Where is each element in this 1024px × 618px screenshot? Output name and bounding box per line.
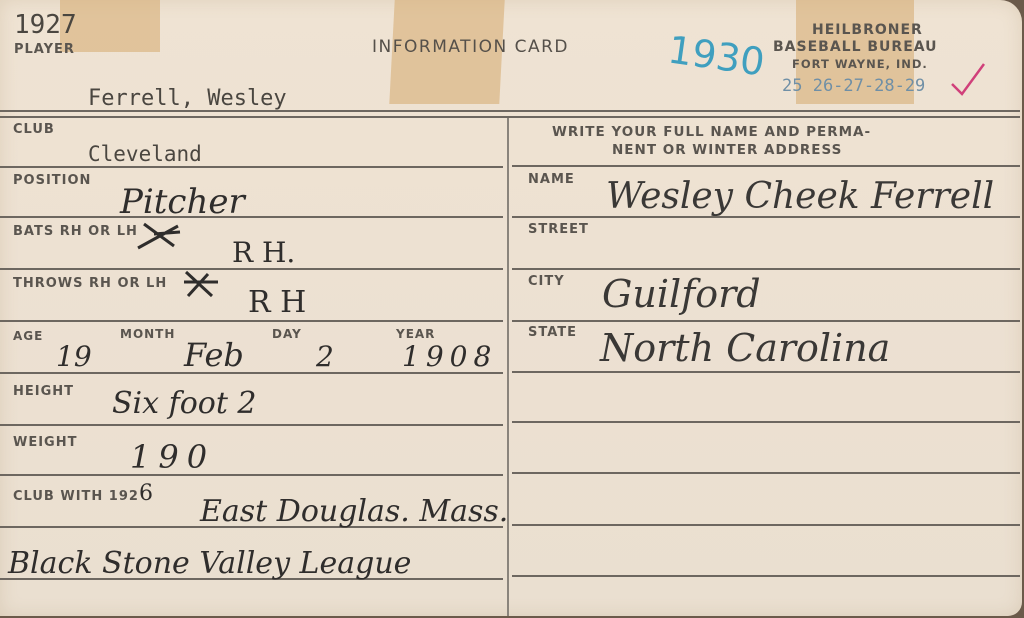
height-value: Six foot 2 [112,386,257,421]
bureau-line2: BASEBALL BUREAU [773,39,938,55]
state-value: North Carolina [600,326,890,370]
position-label: POSITION [13,173,91,188]
header-rule-top [0,110,1020,112]
throws-label: THROWS RH OR LH [13,276,167,291]
player-name: Ferrell, Wesley [88,86,287,111]
club-with-label: CLUB WITH 1926 [13,481,154,506]
card-year-typed: 1927 [14,10,77,40]
month-label: MONTH [120,327,175,341]
age-value: 19 [56,340,92,373]
age-label: AGE [13,329,43,343]
city-value: Guilford [602,272,761,316]
club-value: Cleveland [88,142,202,166]
address-instruction-line2: NENT OR WINTER ADDRESS [612,142,842,158]
state-label: STATE [528,325,577,340]
rule [512,524,1020,526]
club-with-value: East Douglas. Mass. [200,494,508,529]
name-value: Wesley Cheek Ferrell [606,176,994,217]
weight-label: WEIGHT [13,435,77,450]
rule [0,424,503,426]
day-label: DAY [272,327,302,341]
rule [512,575,1020,577]
strike-x-icon [134,218,184,252]
year-value: 1908 [402,340,497,373]
rule [512,371,1020,373]
header-rule-bottom [0,116,1020,118]
information-card: 1927 PLAYER INFORMATION CARD 1930 HEILBR… [0,0,1022,616]
height-label: HEIGHT [13,384,74,399]
rule [0,320,503,322]
check-mark-icon [948,60,988,100]
rule [0,216,503,218]
rule [512,165,1020,167]
weight-value: 190 [130,438,215,476]
name-label: NAME [528,172,575,187]
stamp-year: 1930 [665,27,767,84]
day-value: 2 [316,340,334,373]
rule [512,320,1020,322]
bats-value: R H. [232,236,295,269]
club-with-year-digit: 6 [139,481,154,506]
month-value: Feb [184,336,244,374]
bureau-location: FORT WAYNE, IND. [792,57,928,71]
card-title: INFORMATION CARD [372,37,569,57]
rule [512,268,1020,270]
column-divider [507,118,509,616]
city-label: CITY [528,274,565,289]
throws-value: R H [248,285,306,320]
position-value: Pitcher [120,182,245,222]
club-label: CLUB [13,122,55,137]
rule [512,421,1020,423]
player-label: PLAYER [14,42,75,57]
street-label: STREET [528,222,589,237]
bureau-years: 25 26-27-28-29 [782,76,925,96]
bats-label: BATS RH OR LH [13,224,138,239]
address-instruction-line1: WRITE YOUR FULL NAME AND PERMA- [552,124,871,140]
strike-x-icon [178,268,222,300]
bureau-name: HEILBRONER [812,22,923,38]
rule [512,472,1020,474]
rule [0,474,503,476]
rule [0,166,503,168]
club-with-label-text: CLUB WITH 192 [13,489,139,504]
year-label: YEAR [396,327,435,341]
league-value: Black Stone Valley League [8,546,411,581]
